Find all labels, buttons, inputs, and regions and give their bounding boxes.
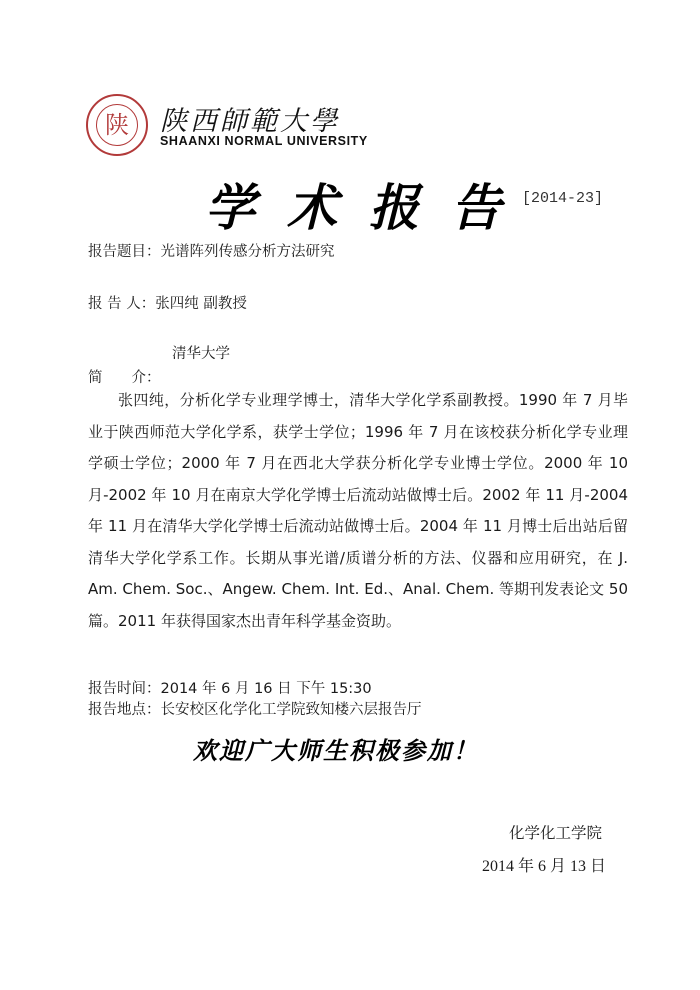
- intro-label: 简 介：: [88, 366, 161, 387]
- place-label: 报告地点：: [88, 702, 161, 718]
- signature-organization: 化学化工学院: [509, 821, 602, 843]
- document-title: 学术报告: [205, 168, 533, 240]
- university-name-en: SHAANXI NORMAL UNIVERSITY: [160, 134, 368, 148]
- welcome-slogan: 欢迎广大师生积极参加！: [193, 731, 479, 766]
- place-line: 报告地点：长安校区化学化工学院致知楼六层报告厅: [88, 698, 422, 719]
- university-name-cn: 陕西師範大學: [160, 99, 340, 138]
- time-line: 报告时间：2014 年 6 月 16 日 下午 15:30: [88, 677, 372, 698]
- speaker-label: 报 告 人：: [88, 296, 155, 312]
- speaker-value: 张四纯 副教授: [155, 296, 247, 312]
- time-label: 报告时间：: [88, 681, 161, 697]
- time-value: 2014 年 6 月 16 日 下午 15:30: [161, 681, 372, 697]
- biography: 张四纯，分析化学专业理学博士，清华大学化学系副教授。1990 年 7 月毕业于陕…: [88, 385, 628, 637]
- topic-value: 光谱阵列传感分析方法研究: [161, 244, 335, 260]
- speaker-line: 报 告 人：张四纯 副教授: [88, 292, 247, 313]
- signature-date: 2014 年 6 月 13 日: [482, 853, 606, 876]
- seal-glyph: 陕: [96, 104, 138, 146]
- topic-label: 报告题目：: [88, 244, 161, 260]
- biography-paragraph: 张四纯，分析化学专业理学博士，清华大学化学系副教授。1990 年 7 月毕业于陕…: [88, 385, 628, 637]
- affiliation: 清华大学: [172, 342, 230, 363]
- topic-line: 报告题目：光谱阵列传感分析方法研究: [88, 240, 335, 261]
- report-number: [2014-23]: [522, 190, 603, 207]
- place-value: 长安校区化学化工学院致知楼六层报告厅: [161, 702, 422, 718]
- university-seal-logo: 陕: [86, 94, 148, 156]
